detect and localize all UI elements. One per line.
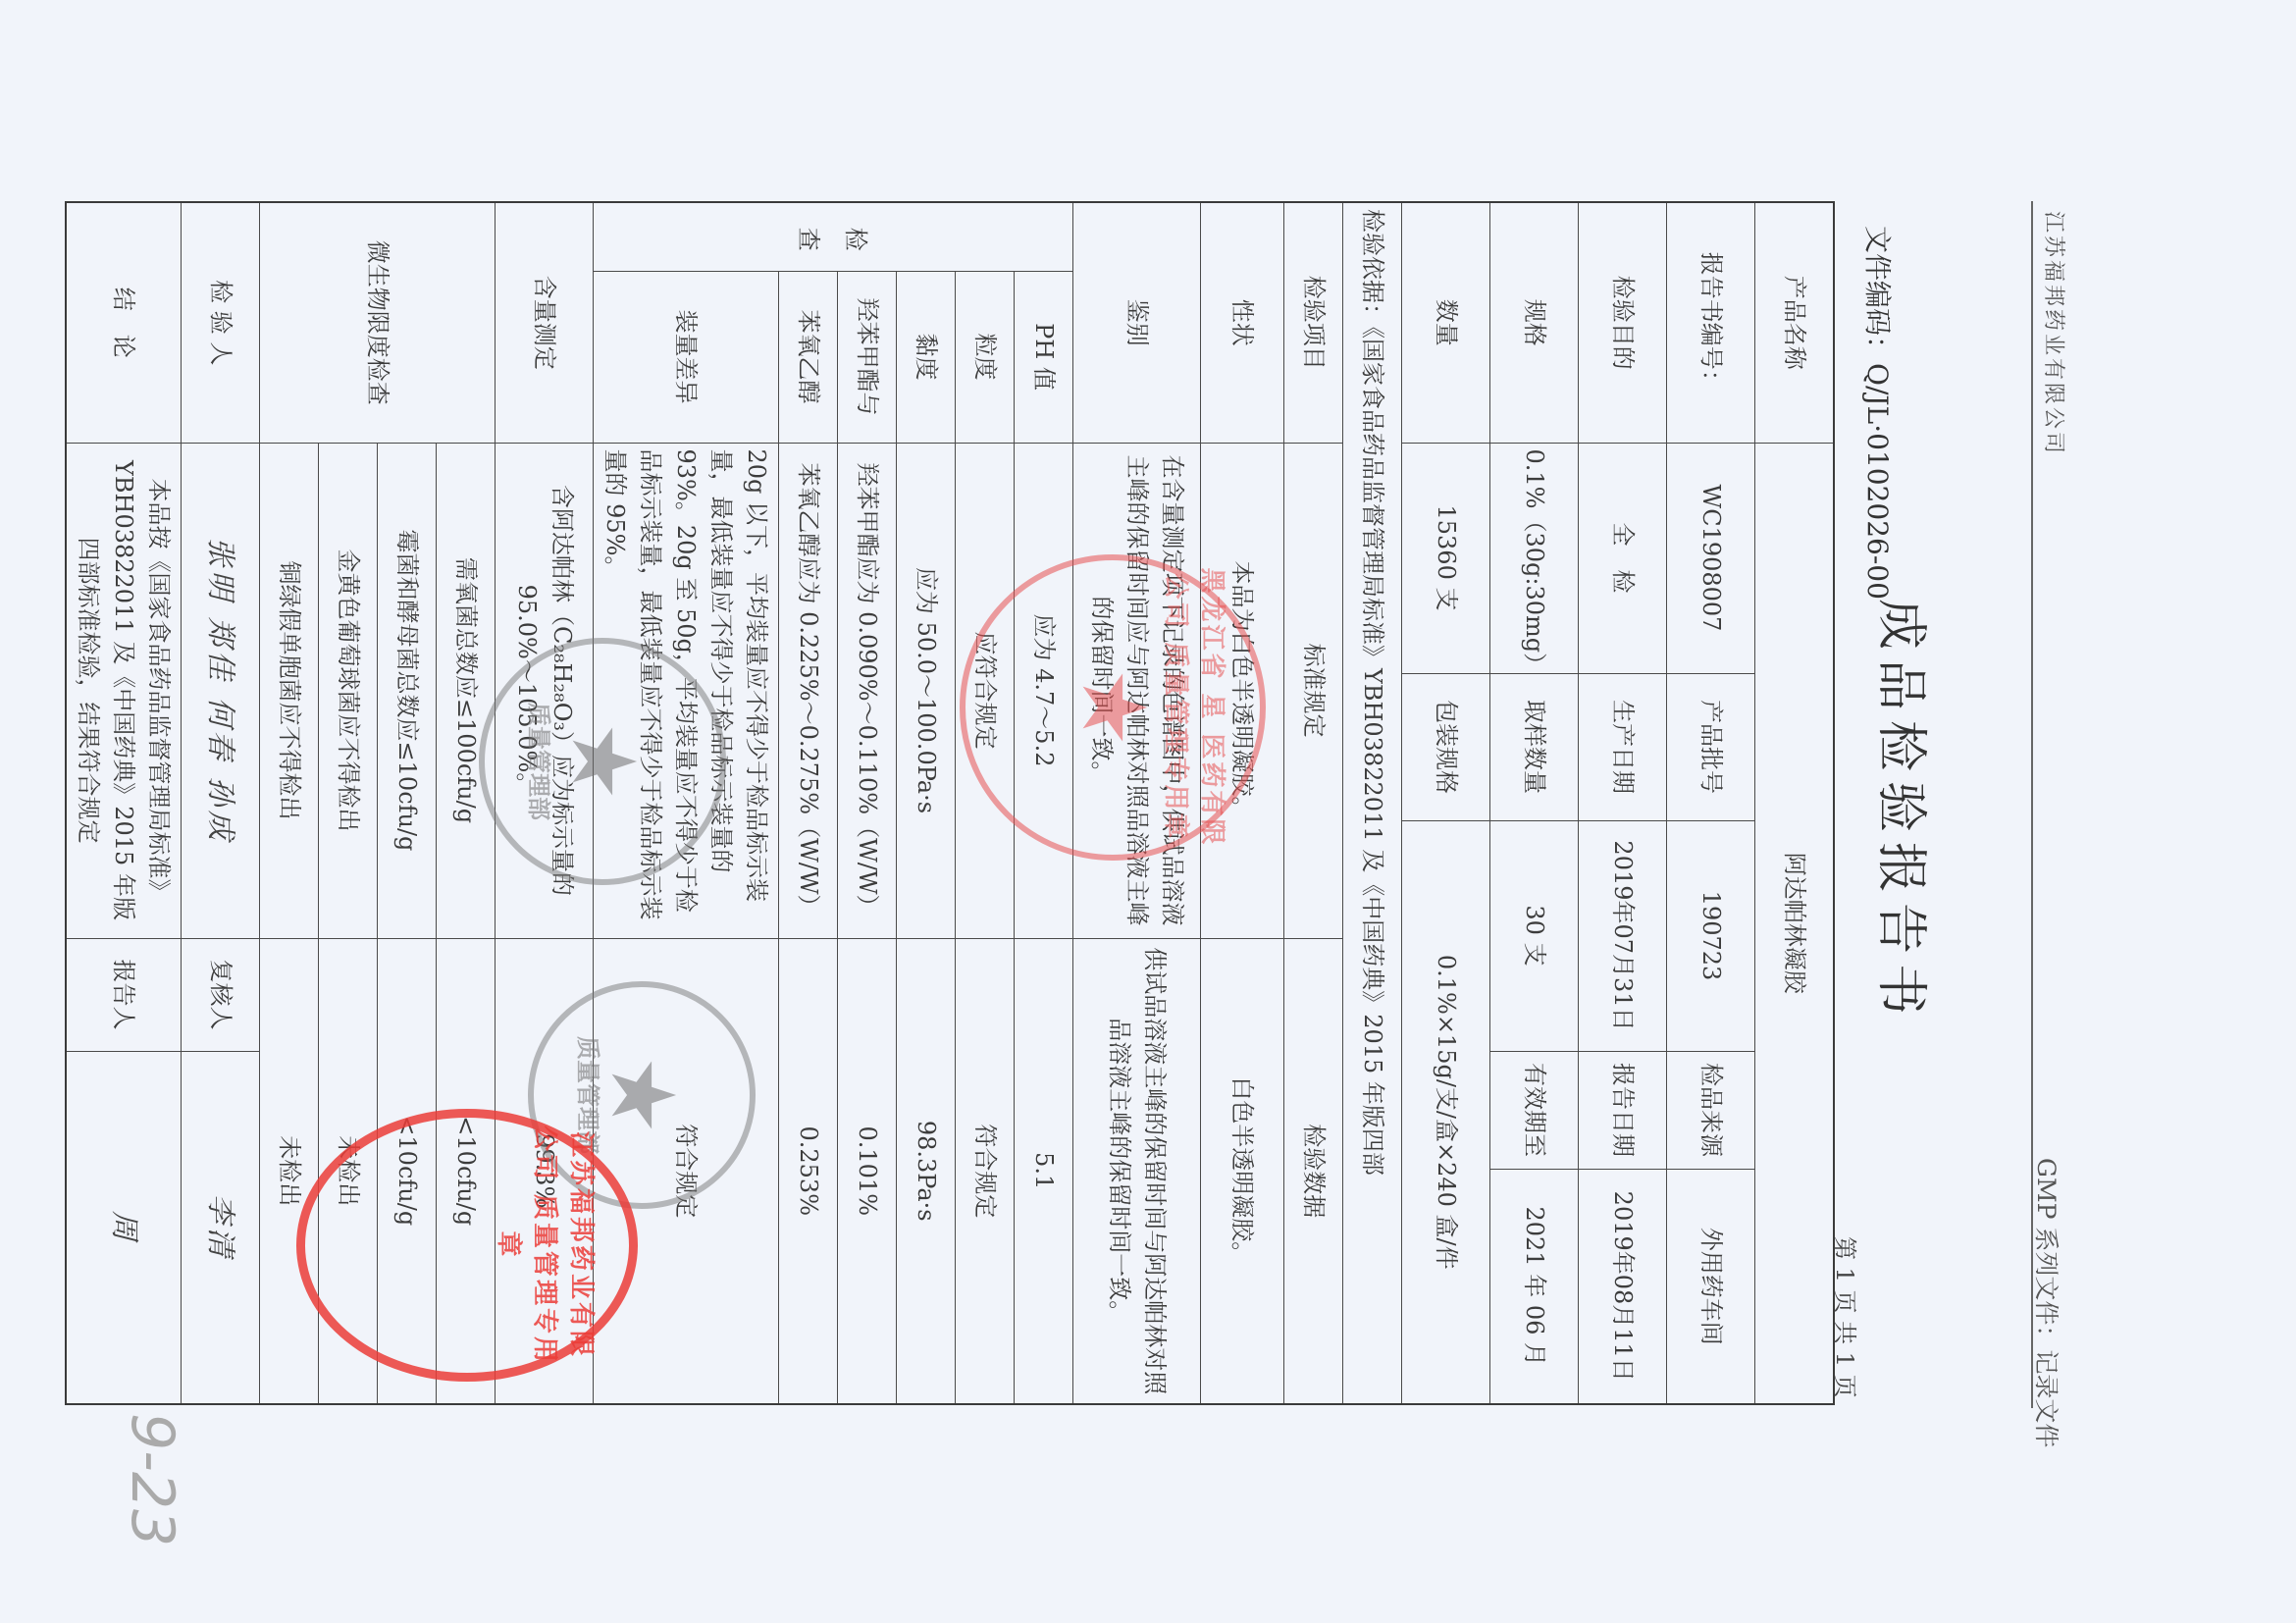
label-product-name: 产品名称 <box>1755 202 1834 443</box>
standard-identification: 在含量测定项下记录的色谱图中，供试品溶液主峰的保留时间应与阿达帕林对照品溶液主峰… <box>1073 443 1201 938</box>
row-micro-1: 微生物限度检查 需氧菌总数应≤100cfu/g <10cfu/g <box>437 202 496 1404</box>
value-batch: 190723 <box>1667 820 1755 1051</box>
col-header-standard: 标准规定 <box>1284 443 1343 938</box>
result-appearance: 白色半透明凝胶。 <box>1201 938 1284 1404</box>
label-package: 包装规格 <box>1402 673 1490 820</box>
row-conclusion: 结 论 本品按《国家食品药品监督管理局标准》YBH03822011 及《中国药典… <box>67 202 183 1404</box>
label-reviewer: 复核人 <box>182 938 260 1051</box>
item-identification: 鉴别 <box>1073 202 1201 443</box>
result-particle: 符合规定 <box>956 938 1015 1404</box>
item-particle: 粒度 <box>956 271 1015 443</box>
value-purpose: 全 检 <box>1579 443 1667 673</box>
result-fill: 符合规定 <box>594 938 779 1404</box>
row-quantity: 数量 15360 支 包装规格 0.1%×15g/支/盒×240 盒/件 <box>1402 202 1490 1404</box>
item-phenoxyethanol: 苯氧乙醇 <box>779 271 838 443</box>
value-spec: 0.1%（30g:30mg） <box>1490 443 1579 673</box>
result-identification: 供试品溶液主峰的保留时间与阿达帕林对照品溶液主峰的保留时间一致。 <box>1073 938 1201 1404</box>
result-micro-pseudomonas: 未检出 <box>260 938 319 1404</box>
standard-micro-mold: 霉菌和酵母菌总数应≤10cfu/g <box>378 443 437 938</box>
label-conclusion: 结 论 <box>67 202 183 443</box>
header-rule <box>2031 201 2033 1408</box>
row-fill: 装量差异 20g 以下，平均装量应不得少于检品标示装量，最低装量应不得少于检品标… <box>594 202 779 1404</box>
inspection-basis: 检验依据：《国家食品药品监督管理局标准》YBH03822011 及《中国药典》2… <box>1343 202 1402 1404</box>
standard-appearance: 本品为白色半透明凝胶。 <box>1201 443 1284 938</box>
col-header-result: 检验数据 <box>1284 938 1343 1404</box>
item-viscosity: 黏度 <box>897 271 956 443</box>
row-methylparaben: 羟苯甲酯与 羟苯甲酯应为 0.090%～0.110%（W/W） 0.101% <box>838 202 897 1404</box>
row-particle: 粒度 应符合规定 符合规定 <box>956 202 1015 1404</box>
label-source: 检品来源 <box>1667 1051 1755 1169</box>
item-micro: 微生物限度检查 <box>260 202 496 443</box>
doc-no-label: 文件编码： <box>1861 226 1894 363</box>
row-report-no: 报告书编号： WC1908007 产品批号 190723 检品来源 外用药车间 <box>1667 202 1755 1404</box>
row-product-name: 产品名称 阿达帕林凝胶 <box>1755 202 1834 1404</box>
col-header-item: 检验项目 <box>1284 202 1343 443</box>
value-quantity: 15360 支 <box>1402 443 1490 673</box>
value-expiry: 2021 年 06 月 <box>1490 1169 1579 1404</box>
result-phenoxyethanol: 0.253% <box>779 938 838 1404</box>
handwritten-note: 9-23 <box>118 1413 186 1546</box>
label-report-no: 报告书编号： <box>1667 202 1755 443</box>
item-assay: 含量测定 <box>496 202 594 443</box>
report-table: 产品名称 阿达帕林凝胶 报告书编号： WC1908007 产品批号 190723… <box>66 201 1836 1405</box>
label-quantity: 数量 <box>1402 202 1490 443</box>
doc-no-value: Q/JL·0102026-00 <box>1861 363 1894 600</box>
result-micro-mold: <10cfu/g <box>378 938 437 1404</box>
value-report-no: WC1908007 <box>1667 443 1755 673</box>
value-conclusion: 本品按《国家食品药品监督管理局标准》YBH03822011 及《中国药典》201… <box>67 443 183 938</box>
label-expiry: 有效期至 <box>1490 1051 1579 1169</box>
row-column-headers: 检验项目 标准规定 检验数据 <box>1284 202 1343 1404</box>
standard-viscosity: 应为 50.0～100.0Pa·s <box>897 443 956 938</box>
standard-assay: 含阿达帕林（C₂₈H₂₈O₃）应为标示量的 95.0%～105.0%。 <box>496 443 594 938</box>
label-purpose: 检验目的 <box>1579 202 1667 443</box>
label-batch: 产品批号 <box>1667 673 1755 820</box>
row-viscosity: 黏度 应为 50.0～100.0Pa·s 98.3Pa·s <box>897 202 956 1404</box>
signature-reviewer: 李清 <box>182 1051 260 1404</box>
label-spec: 规格 <box>1490 202 1579 443</box>
value-product-name: 阿达帕林凝胶 <box>1755 443 1834 1404</box>
item-appearance: 性状 <box>1201 202 1284 443</box>
row-spec: 规格 0.1%（30g:30mg） 取样数量 30 支 有效期至 2021 年 … <box>1490 202 1579 1404</box>
row-basis: 检验依据：《国家食品药品监督管理局标准》YBH03822011 及《中国药典》2… <box>1343 202 1402 1404</box>
result-viscosity: 98.3Pa·s <box>897 938 956 1404</box>
value-sample-qty: 30 支 <box>1490 820 1579 1051</box>
value-package: 0.1%×15g/支/盒×240 盒/件 <box>1402 820 1490 1404</box>
series-label: GMP 系列文件：记录文件 <box>2030 1158 2065 1447</box>
label-reporter: 报告人 <box>67 938 183 1051</box>
standard-phenoxyethanol: 苯氧乙醇应为 0.225%～0.275%（W/W） <box>779 443 838 938</box>
row-assay: 含量测定 含阿达帕林（C₂₈H₂₈O₃）应为标示量的 95.0%～105.0%。… <box>496 202 594 1404</box>
row-purpose: 检验目的 全 检 生产日期 2019年07月31日 报告日期 2019年08月1… <box>1579 202 1667 1404</box>
row-inspector: 检 验 人 张明 郑佳 何春 孙成 复核人 李清 <box>182 202 260 1404</box>
result-micro-aerobic: <10cfu/g <box>437 938 496 1404</box>
result-methylparaben: 0.101% <box>838 938 897 1404</box>
standard-fill: 20g 以下，平均装量应不得少于检品标示装量，最低装量应不得少于检品标示装量的 … <box>594 443 779 938</box>
standard-micro-pseudomonas: 铜绿假单胞菌应不得检出 <box>260 443 319 938</box>
standard-micro-aerobic: 需氧菌总数应≤100cfu/g <box>437 443 496 938</box>
label-inspector: 检 验 人 <box>182 202 260 443</box>
value-prod-date: 2019年07月31日 <box>1579 820 1667 1051</box>
signature-inspector: 张明 郑佳 何春 孙成 <box>182 443 260 938</box>
standard-methylparaben: 羟苯甲酯应为 0.090%～0.110%（W/W） <box>838 443 897 938</box>
page-number: 第 1 页 共 1 页 <box>1830 1236 1864 1398</box>
row-identification: 鉴别 在含量测定项下记录的色谱图中，供试品溶液主峰的保留时间应与阿达帕林对照品溶… <box>1073 202 1201 1404</box>
company-name: 江苏福邦药业有限公司 <box>2040 211 2070 456</box>
item-fill: 装量差异 <box>594 271 779 443</box>
value-report-date: 2019年08月11日 <box>1579 1169 1667 1404</box>
label-report-date: 报告日期 <box>1579 1051 1667 1169</box>
item-ph: PH 值 <box>1015 271 1073 443</box>
report-page: 江苏福邦药业有限公司 GMP 系列文件：记录文件 成品检验报告书 文件编码：Q/… <box>0 0 2296 1623</box>
standard-particle: 应符合规定 <box>956 443 1015 938</box>
check-group-label: 检 查 <box>594 202 1073 271</box>
result-ph: 5.1 <box>1015 938 1073 1404</box>
item-methylparaben: 羟苯甲酯与 <box>838 271 897 443</box>
standard-ph: 应为 4.7～5.2 <box>1015 443 1073 938</box>
signature-reporter: 周 <box>67 1051 183 1404</box>
result-assay: 99.3% <box>496 938 594 1404</box>
standard-micro-staph: 金黄色葡萄球菌应不得检出 <box>319 443 378 938</box>
row-phenoxyethanol: 苯氧乙醇 苯氧乙醇应为 0.225%～0.275%（W/W） 0.253% <box>779 202 838 1404</box>
value-source: 外用药车间 <box>1667 1169 1755 1404</box>
label-prod-date: 生产日期 <box>1579 673 1667 820</box>
label-sample-qty: 取样数量 <box>1490 673 1579 820</box>
document-number: 文件编码：Q/JL·0102026-00 <box>1859 226 1899 600</box>
row-ph: 检 查 PH 值 应为 4.7～5.2 5.1 <box>1015 202 1073 1404</box>
row-appearance: 性状 本品为白色半透明凝胶。 白色半透明凝胶。 <box>1201 202 1284 1404</box>
result-micro-staph: 未检出 <box>319 938 378 1404</box>
